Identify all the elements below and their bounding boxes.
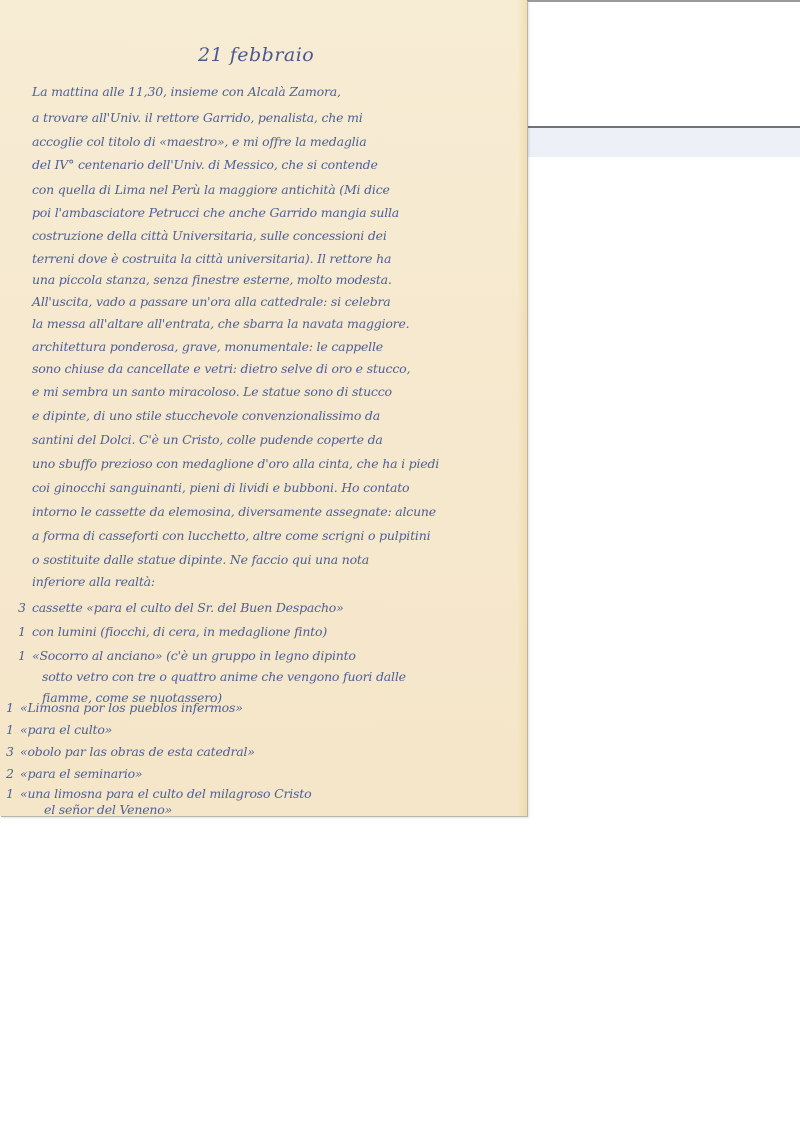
- list-item-text: el señor del Veneno»: [44, 802, 172, 817]
- text-line: una piccola stanza, senza finestre ester…: [32, 272, 392, 287]
- list-item-qty: 1: [18, 648, 26, 663]
- list-item-qty: 1: [6, 722, 14, 737]
- text-line: La mattina alle 11,30, insieme con Alcal…: [32, 84, 341, 99]
- manuscript-page: 21 febbraio La mattina alle 11,30, insie…: [0, 0, 527, 816]
- text-line: costruzione della città Universitaria, s…: [32, 228, 387, 243]
- text-line: o sostituite dalle statue dipinte. Ne fa…: [32, 552, 369, 567]
- list-item-text: cassette «para el culto del Sr. del Buen…: [32, 600, 344, 615]
- text-line: e dipinte, di uno stile stucchevole conv…: [32, 408, 380, 423]
- list-item-qty: 3: [18, 600, 26, 615]
- text-line: accoglie col titolo di «maestro», e mi o…: [32, 134, 366, 149]
- text-line: a trovare all'Univ. il rettore Garrido, …: [32, 110, 363, 125]
- page-title: 21 febbraio: [198, 44, 314, 66]
- text-line: coi ginocchi sanguinanti, pieni di livid…: [32, 480, 409, 495]
- list-item-text: «para el culto»: [20, 722, 112, 737]
- text-line: uno sbuffo prezioso con medaglione d'oro…: [32, 456, 439, 471]
- text-line: intorno le cassette da elemosina, divers…: [32, 504, 436, 519]
- list-item-text: «obolo par las obras de esta catedral»: [20, 744, 255, 759]
- list-item-qty: 3: [6, 744, 14, 759]
- text-line: e mi sembra un santo miracoloso. Le stat…: [32, 384, 392, 399]
- text-line: con quella di Lima nel Perù la maggiore …: [32, 182, 390, 197]
- text-line: inferiore alla realtà:: [32, 574, 155, 589]
- list-item-text: «una limosna para el culto del milagroso…: [20, 786, 311, 801]
- text-line: la messa all'altare all'entrata, che sba…: [32, 316, 409, 331]
- list-item-qty: 1: [18, 624, 26, 639]
- list-item-qty: 1: [6, 700, 14, 715]
- text-line: del IV° centenario dell'Univ. di Messico…: [32, 157, 378, 172]
- list-item-qty: 1: [6, 786, 14, 801]
- text-line: santini del Dolci. C'è un Cristo, colle …: [32, 432, 383, 447]
- scanner-light-band: [527, 128, 800, 157]
- text-line: architettura ponderosa, grave, monumenta…: [32, 339, 383, 354]
- text-line: All'uscita, vado a passare un'ora alla c…: [32, 294, 391, 309]
- list-item-text: «Socorro al anciano» (c'è un gruppo in l…: [32, 648, 356, 663]
- list-item-text: «Limosna por los pueblos infermos»: [20, 700, 243, 715]
- text-line: a forma di casseforti con lucchetto, alt…: [32, 528, 430, 543]
- list-item-qty: 2: [6, 766, 14, 781]
- scanner-top-edge: [527, 0, 800, 2]
- text-line: sono chiuse da cancellate e vetri: dietr…: [32, 361, 410, 376]
- text-line: terreni dove è costruita la città univer…: [32, 251, 391, 266]
- text-line: poi l'ambasciatore Petrucci che anche Ga…: [32, 205, 399, 220]
- list-item-text: sotto vetro con tre o quattro anime che …: [42, 669, 406, 684]
- list-item-text: «para el seminario»: [20, 766, 142, 781]
- list-item-text: con lumini (fiocchi, di cera, in medagli…: [32, 624, 327, 639]
